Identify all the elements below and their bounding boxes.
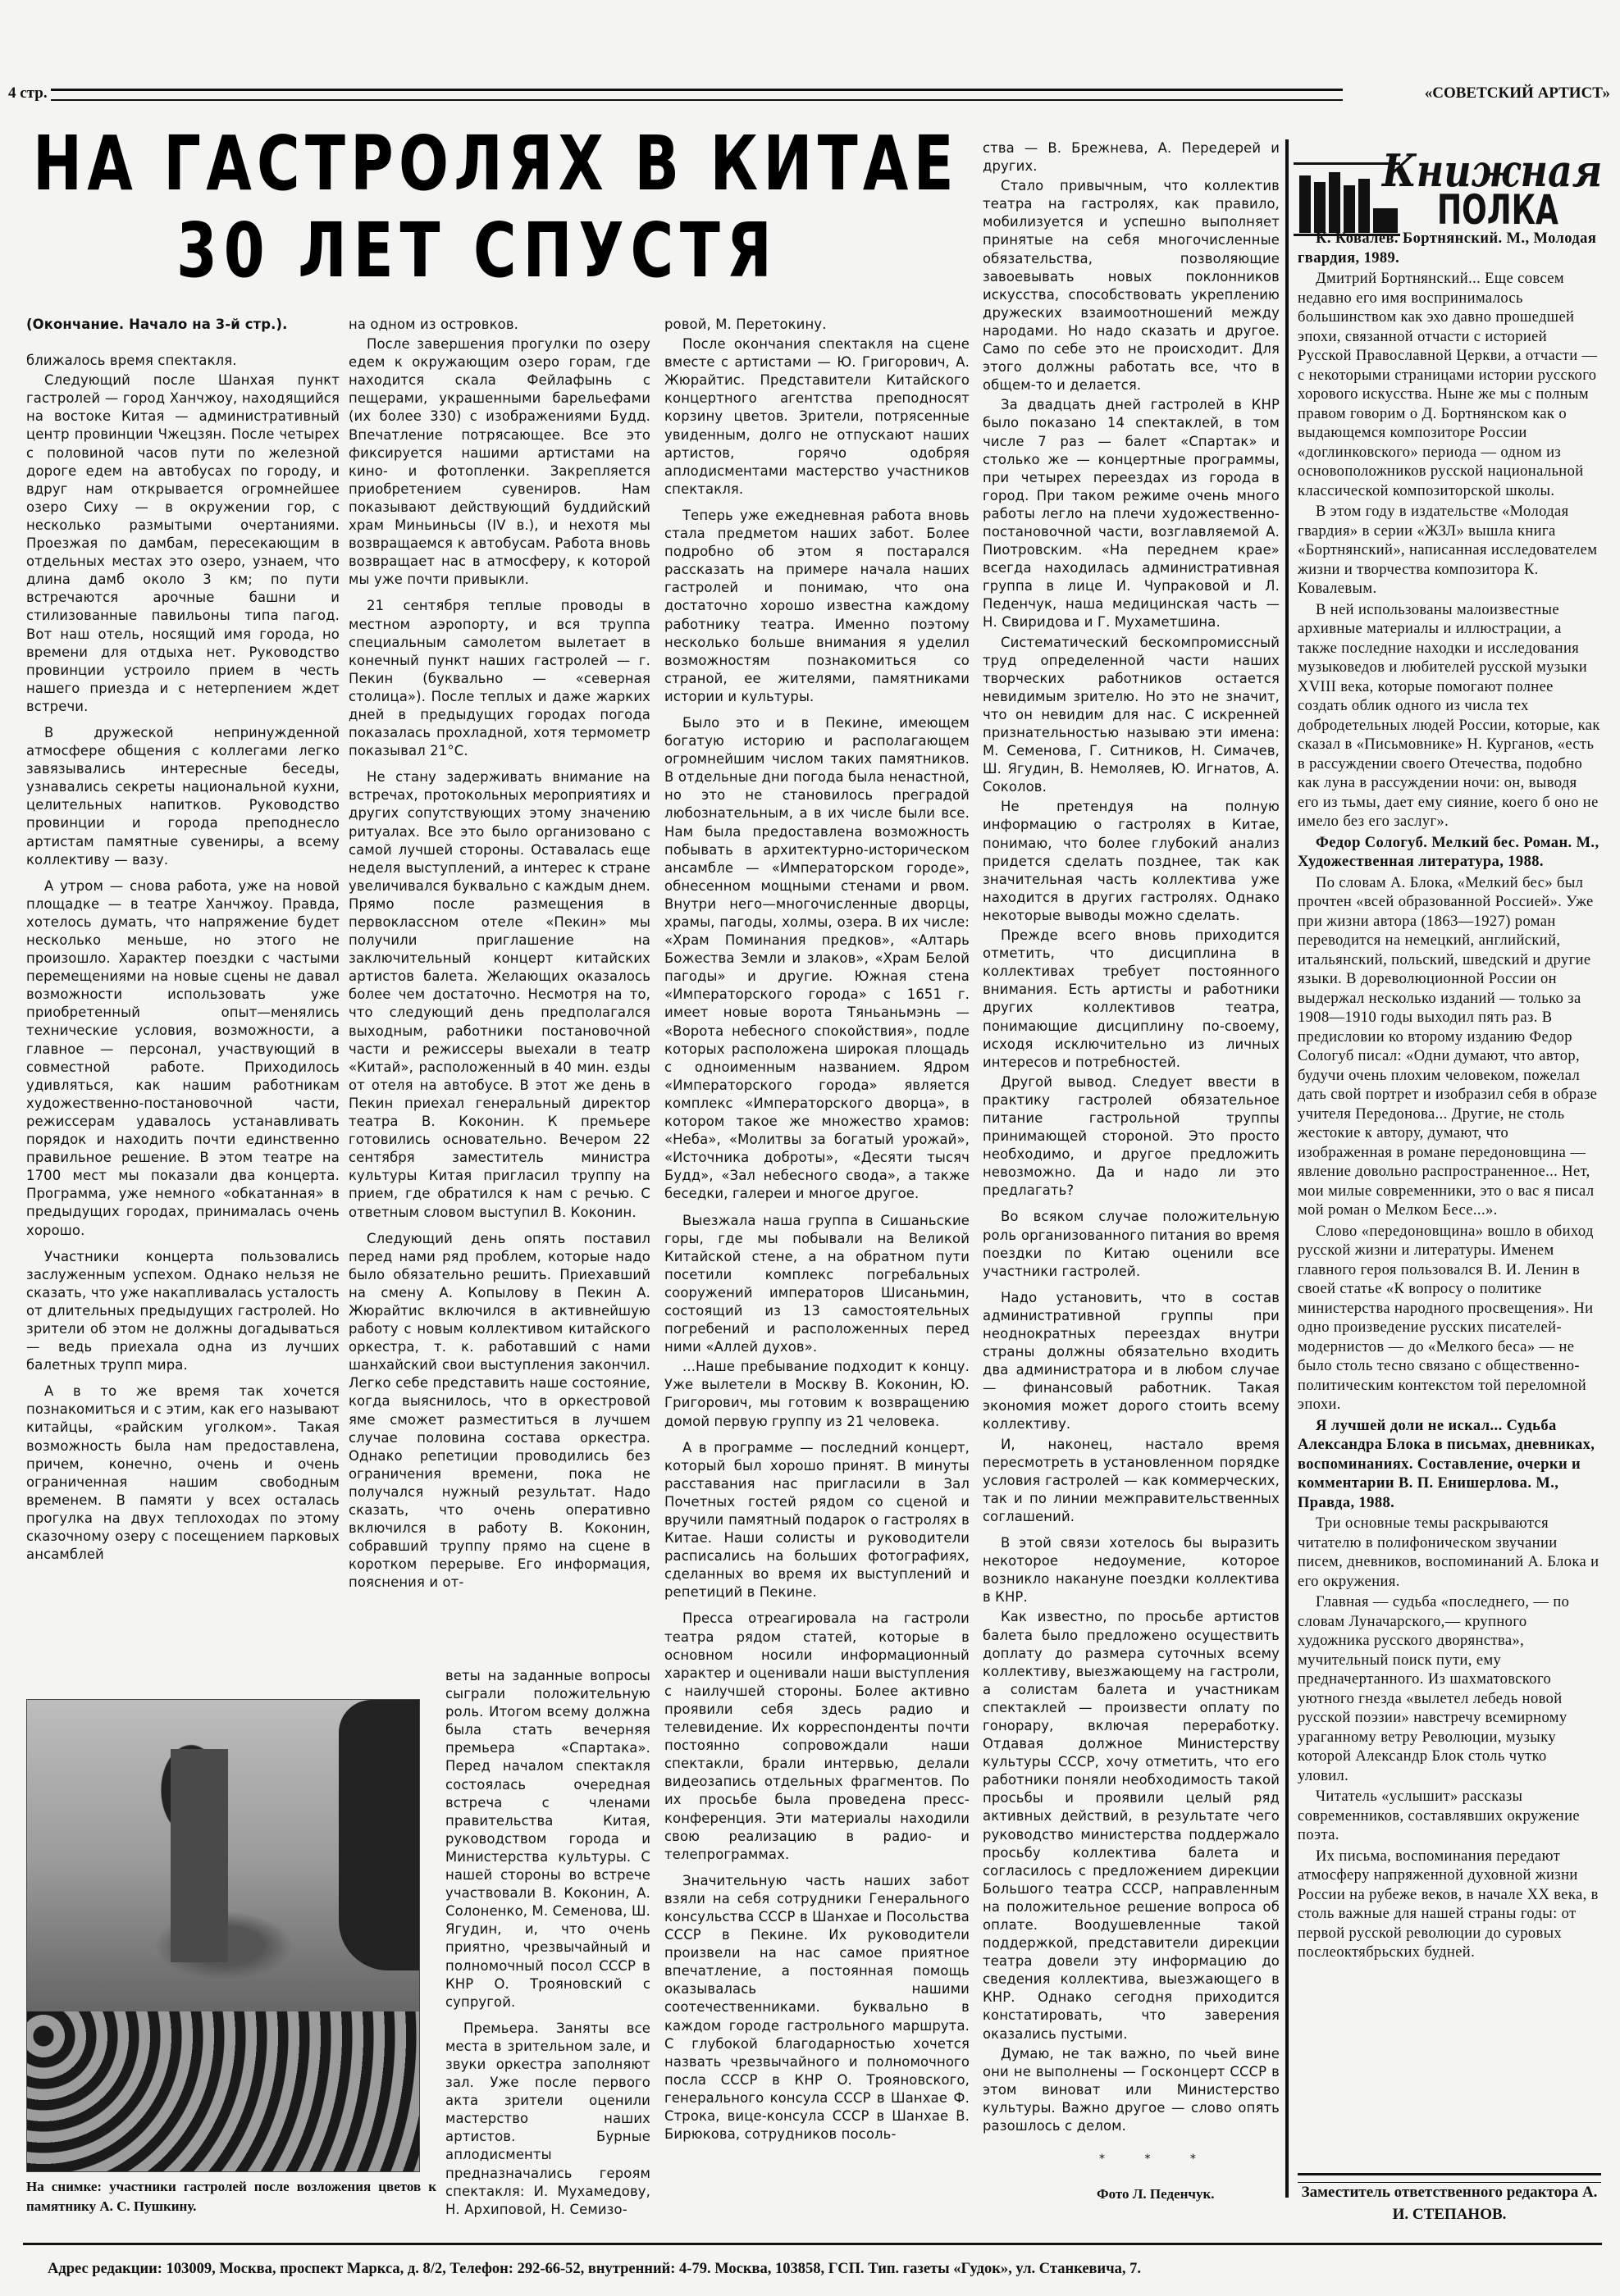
paragraph: А в то же время так хочется познакомитьс… bbox=[26, 1383, 340, 1564]
article-photo bbox=[26, 1699, 420, 2172]
crowd-shape bbox=[27, 2011, 419, 2172]
column-divider bbox=[1285, 139, 1289, 2198]
paragraph: Было это и в Пекине, имеющем богатую ист… bbox=[664, 714, 970, 1204]
paragraph: ...Наше пребывание подходит к концу. Уже… bbox=[664, 1358, 970, 1430]
paragraph: Не претендуя на полную информацию о гаст… bbox=[983, 798, 1280, 925]
article-column-1: (Окончание. Начало на 3-й стр.). ближало… bbox=[26, 316, 340, 1572]
paragraph: Участники концерта пользовались заслужен… bbox=[26, 1248, 340, 1375]
paragraph: Систематический бескомпромиссный труд оп… bbox=[983, 634, 1280, 797]
article-column-2: на одном из островков. После завершения … bbox=[349, 316, 650, 1600]
review-paragraph: По словам А. Блока, «Мелкий бес» был про… bbox=[1298, 874, 1601, 1221]
paragraph: Следующий после Шанхая пункт гастролей —… bbox=[26, 371, 340, 716]
book-title: Я лучшей доли не искал... Судьба Алексан… bbox=[1298, 1417, 1601, 1514]
paragraph: И, наконец, настало время пересмотреть в… bbox=[983, 1436, 1280, 1526]
paragraph: За двадцать дней гастролей в КНР было по… bbox=[983, 396, 1280, 631]
article-headline: НА ГАСТРОЛЯХ В КИТАЕ 30 ЛЕТ СПУСТЯ bbox=[33, 123, 656, 292]
review-paragraph: Дмитрий Бортнянский... Еще совсем недавн… bbox=[1298, 270, 1601, 501]
photo-caption: На снимке: участники гастролей после воз… bbox=[26, 2177, 436, 2216]
paragraph: Как известно, по просьбе артистов балета… bbox=[983, 1608, 1280, 2043]
tree-shape bbox=[339, 1700, 420, 1970]
newspaper-name: «СОВЕТСКИЙ АРТИСТ» bbox=[1425, 84, 1610, 102]
paragraph: ства — В. Брежнева, А. Передерей и други… bbox=[983, 139, 1280, 175]
photo-credit: Фото Л. Педенчук. bbox=[1097, 2186, 1215, 2203]
review-paragraph: Слово «передоновщина» вошло в обиход рус… bbox=[1298, 1223, 1601, 1415]
headline-line-1: НА ГАСТРОЛЯХ В КИТАЕ bbox=[33, 123, 519, 205]
paragraph: Теперь уже ежедневная работа вновь стала… bbox=[664, 507, 970, 706]
separator-asterisks: * * * bbox=[1099, 2152, 1214, 2166]
review-paragraph: В ней использованы малоизвестные архивны… bbox=[1298, 601, 1601, 832]
paragraph: После окончания спектакля на сцене вмест… bbox=[664, 335, 970, 499]
paragraph: Стало привычным, что коллектив театра на… bbox=[983, 177, 1280, 394]
article-column-2-beside-photo: веты на заданные вопросы сыграли положит… bbox=[445, 1667, 650, 2227]
paragraph: Прежде всего вновь приходится отметить, … bbox=[983, 927, 1280, 1072]
book-shelf-heading: Книжная ПОЛКА bbox=[1294, 148, 1609, 238]
paragraph: 21 сентября теплые проводы в местном аэр… bbox=[349, 597, 650, 760]
paragraph: А в программе — последний концерт, котор… bbox=[664, 1439, 970, 1602]
paragraph: Думаю, не так важно, по чьей вине они не… bbox=[983, 2045, 1280, 2135]
paragraph: веты на заданные вопросы сыграли положит… bbox=[445, 1667, 650, 2011]
editor-credit: Заместитель ответственного редактора А. … bbox=[1298, 2181, 1601, 2225]
paragraph: В дружеской непринужденной атмосфере общ… bbox=[26, 724, 340, 869]
paragraph: Следующий день опять поставил перед нами… bbox=[349, 1230, 650, 1592]
paragraph: ровой, М. Перетокину. bbox=[664, 316, 970, 334]
paragraph: Премьера. Заняты все места в зрительном … bbox=[445, 2020, 650, 2219]
paragraph: А утром — снова работа, уже на новой пло… bbox=[26, 877, 340, 1240]
paragraph: Пресса отреагировала на гастроли театра … bbox=[664, 1610, 970, 1863]
paragraph: Выезжала наша группа в Сишаньские горы, … bbox=[664, 1212, 970, 1357]
paragraph: Другой вывод. Следует ввести в практику … bbox=[983, 1073, 1280, 1200]
paragraph: После завершения прогулки по озеру едем … bbox=[349, 335, 650, 589]
book-title: К. Ковалев. Бортнянский. М., Молодая гва… bbox=[1298, 230, 1601, 268]
book-title: Федор Сологуб. Мелкий бес. Роман. М., Ху… bbox=[1298, 834, 1601, 872]
paragraph: Надо установить, что в состав администра… bbox=[983, 1289, 1280, 1434]
editorial-address: Адрес редакции: 103009, Москва, проспект… bbox=[48, 2261, 1141, 2278]
review-paragraph: Читатель «услышит» рассказы современнико… bbox=[1298, 1788, 1601, 1846]
paragraph: В этой связи хотелось бы выразить некото… bbox=[983, 1534, 1280, 1606]
header-rule bbox=[51, 89, 1343, 101]
monument-shape bbox=[171, 1749, 228, 1962]
review-paragraph: Главная — судьба «последнего, — по слова… bbox=[1298, 1593, 1601, 1786]
book-shelf-title-2: ПОЛКА bbox=[1437, 187, 1558, 233]
paragraph: Не стану задерживать внимание на встреча… bbox=[349, 768, 650, 1221]
review-paragraph: Их письма, воспоминания передают атмосфе… bbox=[1298, 1847, 1601, 1963]
article-column-3: ровой, М. Перетокину. После окончания сп… bbox=[664, 316, 970, 2152]
paragraph: на одном из островков. bbox=[349, 316, 650, 334]
review-paragraph: В этом году в издательстве «Молодая гвар… bbox=[1298, 503, 1601, 599]
footer-rule bbox=[23, 2243, 1602, 2245]
paragraph: ближалось время спектакля. bbox=[26, 352, 340, 370]
review-paragraph: Три основные темы раскрываются читателю … bbox=[1298, 1515, 1601, 1592]
headline-line-2: 30 ЛЕТ СПУСТЯ bbox=[176, 210, 550, 292]
paragraph: Значительную часть наших забот взяли на … bbox=[664, 1872, 970, 2143]
article-column-4: ства — В. Брежнева, А. Передерей и други… bbox=[983, 139, 1280, 2143]
paragraph: Во всяком случае положительную роль орга… bbox=[983, 1208, 1280, 1280]
book-shelf-column: К. Ковалев. Бортнянский. М., Молодая гва… bbox=[1298, 230, 1601, 1965]
page-number: 4 стр. bbox=[8, 84, 48, 102]
continuation-note: (Окончание. Начало на 3-й стр.). bbox=[26, 316, 340, 334]
